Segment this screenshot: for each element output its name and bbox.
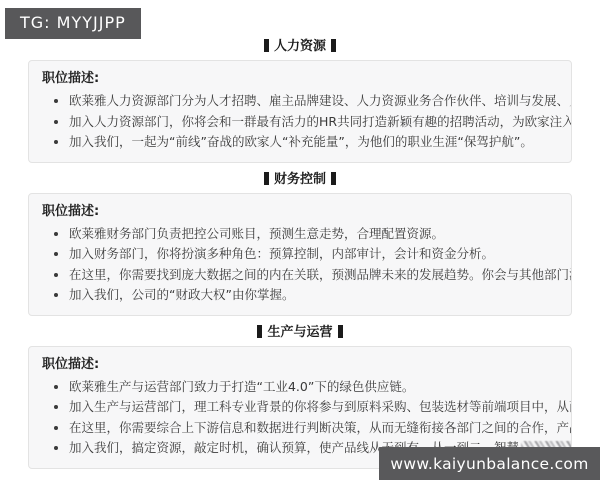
footer-url-banner: www.kaiyunbalance.com (379, 447, 600, 480)
bullet-item: 加入我们，公司的“财政大权”由你掌握。 (69, 285, 571, 306)
header-bar-icon (338, 325, 343, 338)
job-description-label: 职位描述: (42, 70, 571, 88)
tg-watermark-badge: TG: MYYJJPP (5, 8, 141, 39)
header-bar-icon (264, 172, 269, 185)
bullet-item: 欧莱雅财务部门负责把控公司账目，预测生意走势，合理配置资源。 (69, 224, 571, 245)
section-title: 人力资源 (274, 39, 326, 54)
job-description-label: 职位描述: (42, 356, 571, 374)
header-bar-icon (264, 39, 269, 52)
section-box-finance: 职位描述: 欧莱雅财务部门负责把控公司账目，预测生意走势，合理配置资源。 加入财… (28, 193, 572, 316)
section-box-hr: 职位描述: 欧莱雅人力资源部门分为人才招聘、雇主品牌建设、人力资源业务合作伙伴、… (28, 60, 572, 163)
bullet-item: 在这里，你需要综合上下游信息和数据进行判断决策，从而无缝衔接各部门之间的合作，产… (69, 418, 571, 439)
bullet-item: 欧莱雅人力资源部门分为人才招聘、雇主品牌建设、人力资源业务合作伙伴、培训与发展、… (69, 91, 571, 112)
bullet-item: 欧莱雅生产与运营部门致力于打造“工业4.0”下的绿色供应链。 (69, 377, 571, 398)
section-title: 生产与运营 (267, 325, 332, 340)
bullet-item: 加入人力资源部门，你将会和一群最有活力的HR共同打造新颖有趣的招聘活动，为欧家注… (69, 112, 571, 133)
bullet-list: 欧莱雅人力资源部门分为人才招聘、雇主品牌建设、人力资源业务合作伙伴、培训与发展、… (42, 91, 571, 153)
bullet-list: 欧莱雅财务部门负责把控公司账目，预测生意走势，合理配置资源。 加入财务部门，你将… (42, 224, 571, 306)
job-description-label: 职位描述: (42, 203, 571, 221)
bullet-item: 加入生产与运营部门，理工科专业背景的你将参与到原料采购、包装选材等前端项目中，从… (69, 397, 571, 418)
header-bar-icon (331, 172, 336, 185)
header-bar-icon (257, 325, 262, 338)
section-header-finance: 财务控制 (0, 172, 600, 187)
bullet-item: 加入我们，一起为“前线”奋战的欧家人“补充能量”，为他们的职业生涯“保驾护航”。 (69, 132, 571, 153)
header-bar-icon (331, 39, 336, 52)
tg-watermark-text: TG: MYYJJPP (20, 13, 126, 32)
bullet-item: 在这里，你需要找到庞大数据之间的内在关联，预测品牌未来的发展趋势。你会与其他部门… (69, 265, 571, 286)
section-header-operations: 生产与运营 (0, 325, 600, 340)
section-title: 财务控制 (274, 172, 326, 187)
bullet-item: 加入财务部门，你将扮演多种角色：预算控制，内部审计，会计和资金分析。 (69, 244, 571, 265)
footer-url-text: www.kaiyunbalance.com (390, 455, 588, 473)
